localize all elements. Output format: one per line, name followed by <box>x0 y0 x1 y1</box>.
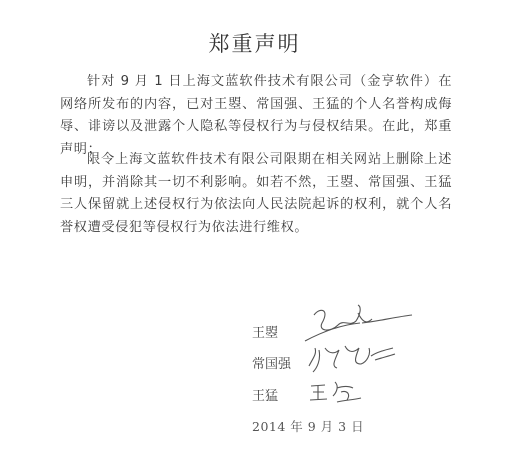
signatory-1: 王曌 <box>252 322 278 341</box>
handwritten-signature-3 <box>307 376 367 408</box>
paragraph-1: 针对 9 月 1 日上海文蓝软件技术有限公司（金亨软件）在网络所发布的内容，已对… <box>60 71 452 161</box>
signatory-3: 王猛 <box>252 385 278 404</box>
paragraph-2: 限令上海文蓝软件技术有限公司限期在相关网站上删除上述申明，并消除其一切不利影响。… <box>60 149 452 239</box>
signatory-2: 常国强 <box>252 353 291 372</box>
document-title: 郑重声明 <box>0 28 509 58</box>
handwritten-signature-2 <box>305 340 400 375</box>
document-date: 2014 年 9 月 3 日 <box>252 417 364 435</box>
